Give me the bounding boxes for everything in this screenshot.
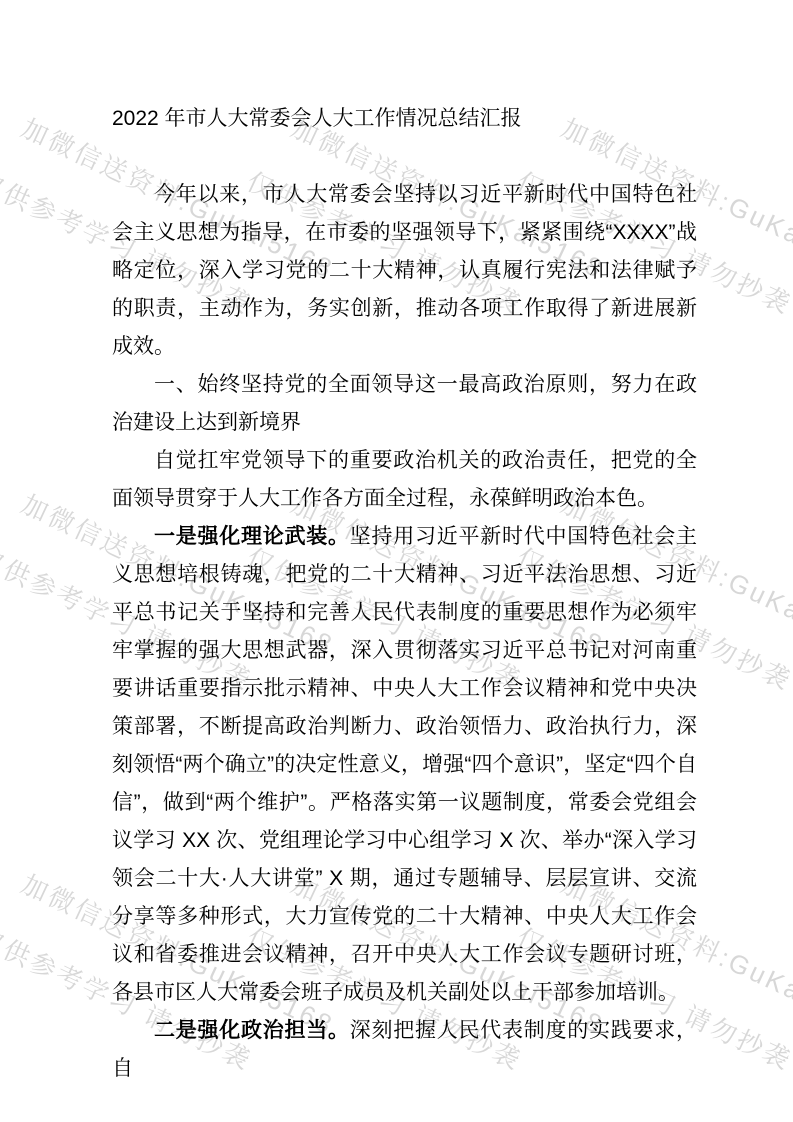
document-content: 2022 年市人大常委会人大工作情况总结汇报 今年以来，市人大常委会坚持以习近平… [112, 100, 697, 1088]
paragraph: 二是强化政治担当。深刻把握人民代表制度的实践要求，自 [112, 1012, 697, 1088]
paragraph-text: 一、始终坚持党的全面领导这一最高政治原则，努力在政治建设上达到新境界 [112, 373, 697, 434]
paragraph-text: 自觉扛牢党领导下的重要政治机关的政治责任，把党的全面领导贯穿于人大工作各方面全过… [112, 449, 697, 510]
paragraph-lead: 一是强化理论武装。 [154, 525, 350, 548]
document-body: 今年以来，市人大常委会坚持以习近平新时代中国特色社会主义思想为指导，在市委的坚强… [112, 176, 697, 1088]
paragraph: 一是强化理论武装。坚持用习近平新时代中国特色社会主义思想培根铸魂，把党的二十大精… [112, 518, 697, 1012]
document-title: 2022 年市人大常委会人大工作情况总结汇报 [112, 100, 697, 138]
document-page: 加微信送资料:GuKai5168仅供参考学习 请勿抄袭加微信送资料:GuKai5… [0, 0, 793, 1122]
paragraph-text: 坚持用习近平新时代中国特色社会主义思想培根铸魂，把党的二十大精神、习近平法治思想… [112, 525, 697, 1004]
paragraph-text: 今年以来，市人大常委会坚持以习近平新时代中国特色社会主义思想为指导，在市委的坚强… [112, 183, 697, 358]
paragraph-lead: 二是强化政治担当。 [154, 1019, 350, 1042]
paragraph: 今年以来，市人大常委会坚持以习近平新时代中国特色社会主义思想为指导，在市委的坚强… [112, 176, 697, 366]
paragraph: 自觉扛牢党领导下的重要政治机关的政治责任，把党的全面领导贯穿于人大工作各方面全过… [112, 442, 697, 518]
section-heading: 一、始终坚持党的全面领导这一最高政治原则，努力在政治建设上达到新境界 [112, 366, 697, 442]
